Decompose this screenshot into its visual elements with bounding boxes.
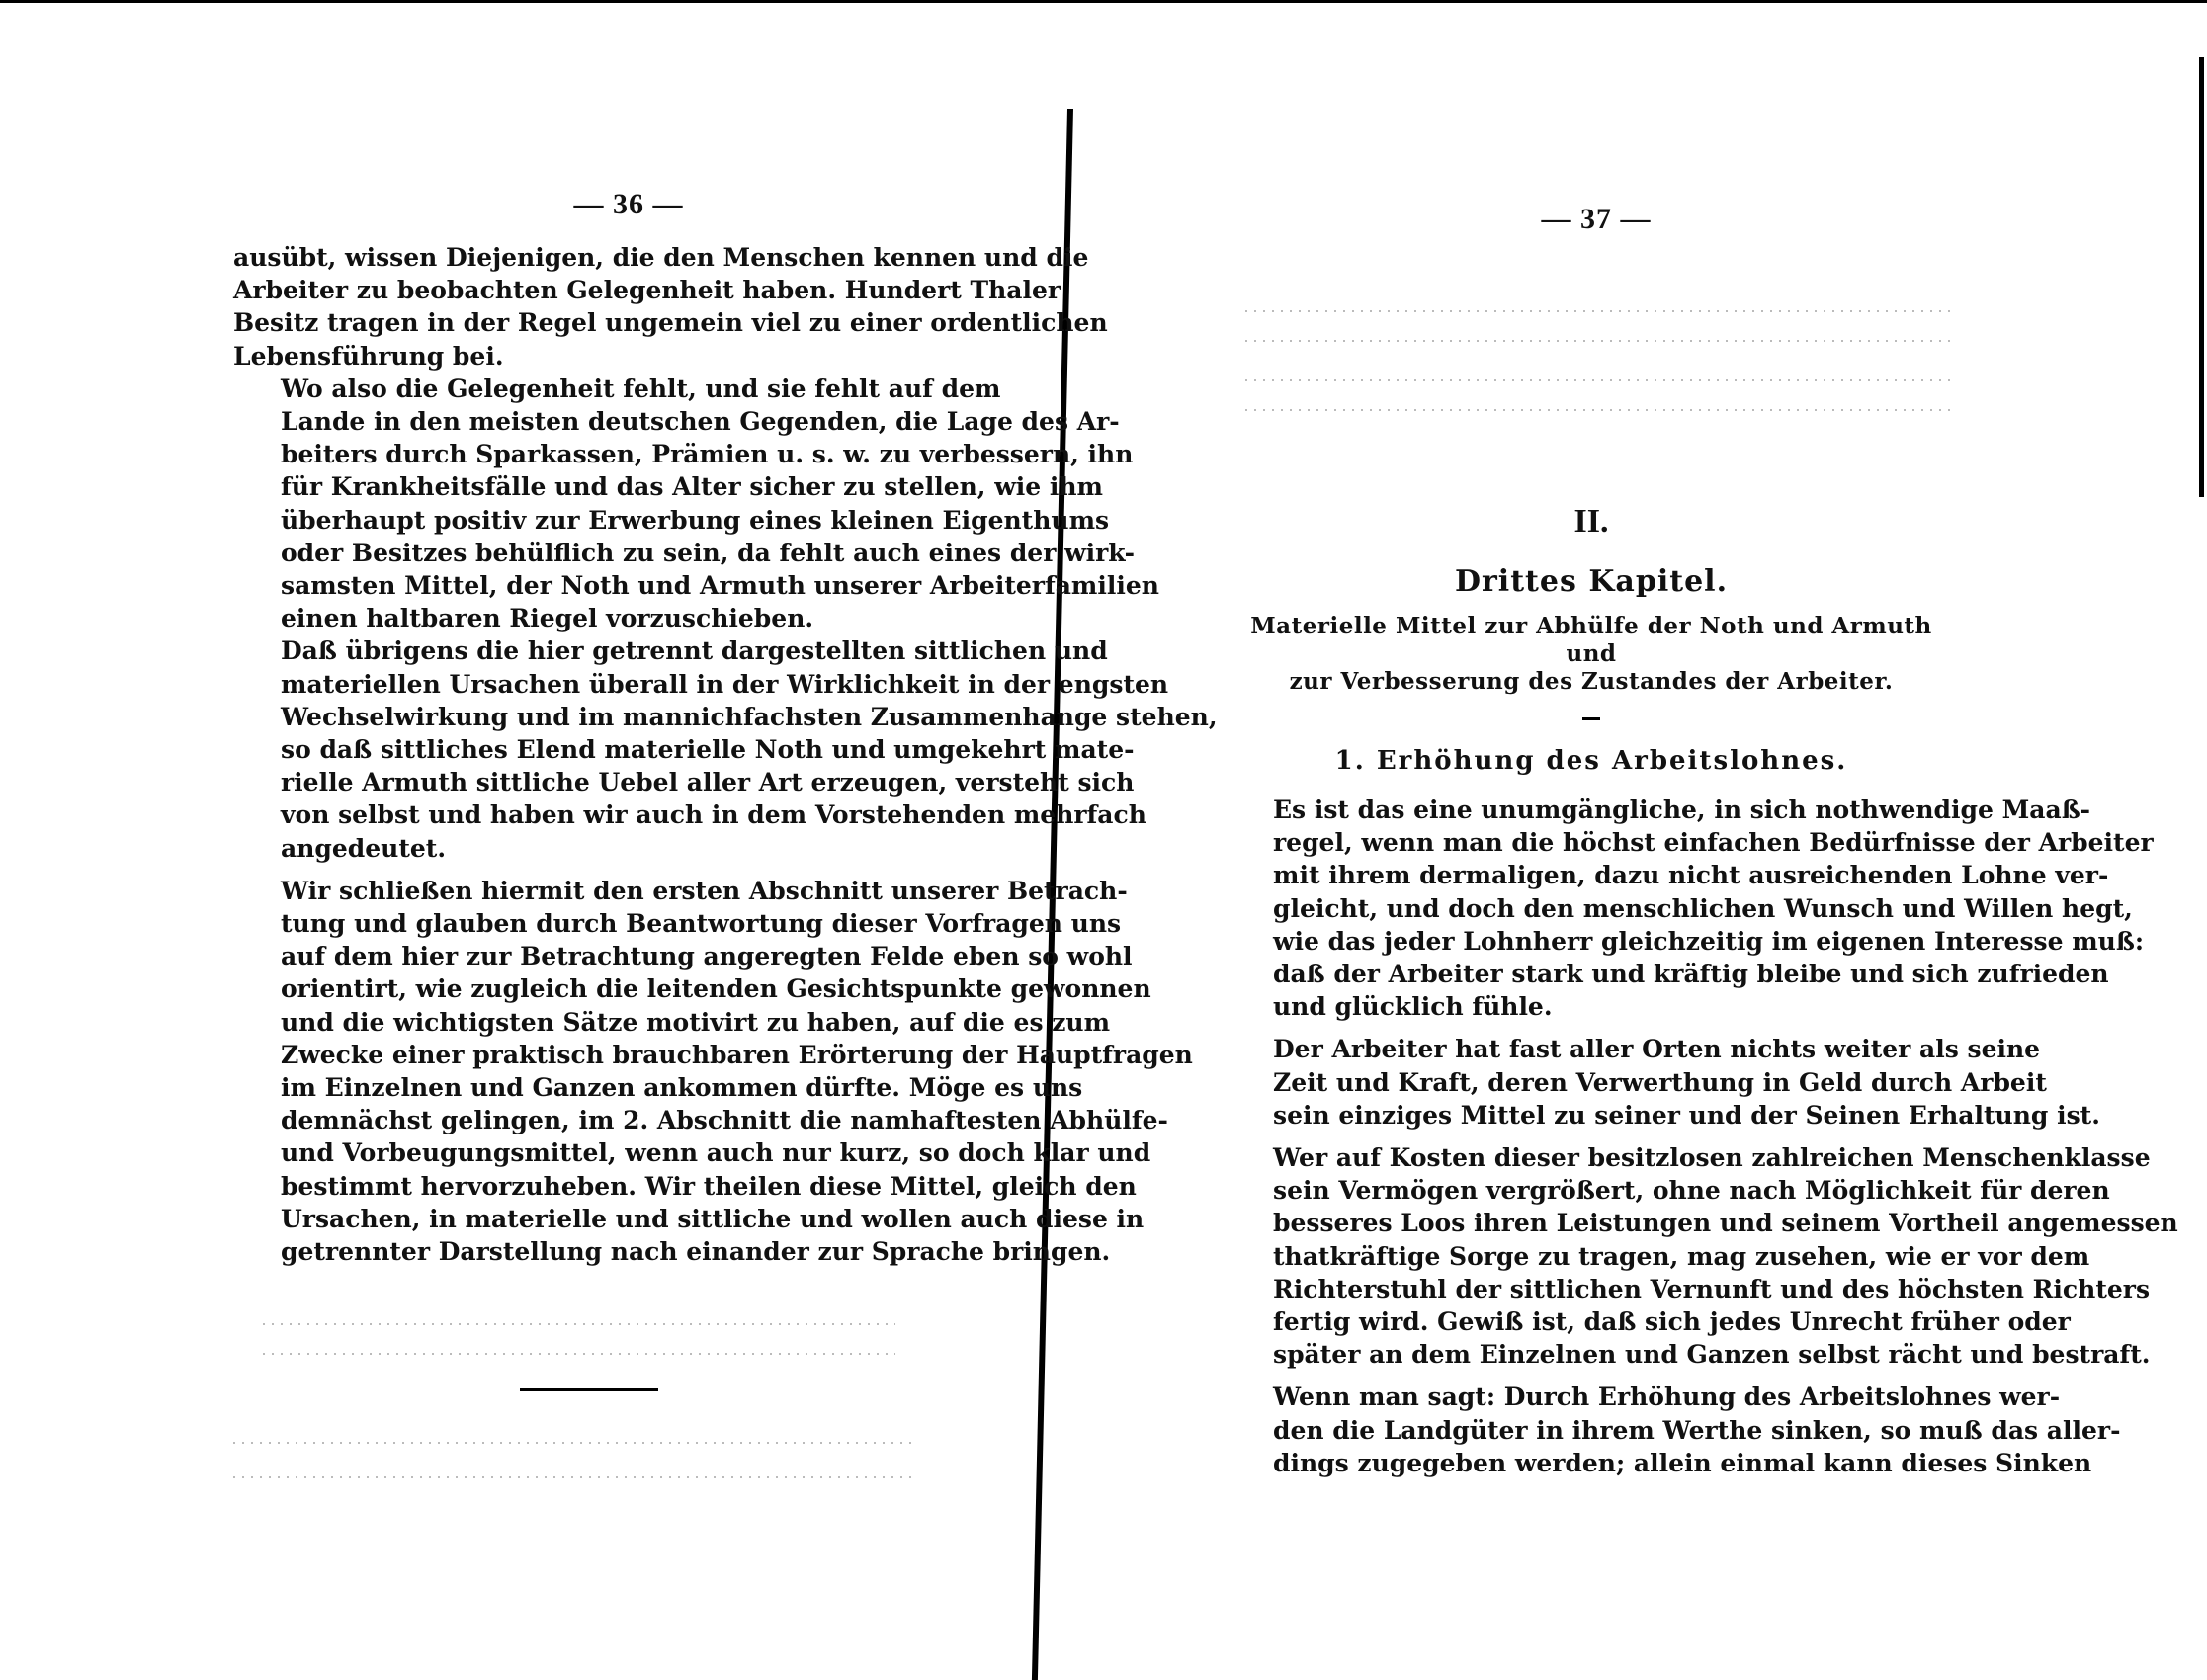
text-line: thatkräftige Sorge zu tragen, mag zusehe… <box>1226 1240 1957 1273</box>
text-line: Wechselwirkung und im mannichfachsten Zu… <box>233 701 970 733</box>
text-line: Wo also die Gelegenheit fehlt, und sie f… <box>233 373 970 405</box>
text-line: Zeit und Kraft, deren Verwerthung in Gel… <box>1226 1066 1957 1099</box>
page-number-left: — 36 — <box>288 188 970 221</box>
chapter-subtitle-line: Materielle Mittel zur Abhülfe der Noth u… <box>1226 613 1957 668</box>
text-line: Zwecke einer praktisch brauchbaren Erört… <box>233 1039 970 1071</box>
paragraph: Wo also die Gelegenheit fehlt, und sie f… <box>233 373 970 635</box>
text-line: und Vorbeugungsmittel, wenn auch nur kur… <box>233 1136 970 1169</box>
text-line: mit ihrem dermaligen, dazu nicht ausreic… <box>1226 859 1957 891</box>
text-line: beiters durch Sparkassen, Prämien u. s. … <box>233 438 970 470</box>
text-line: wie das jeder Lohnherr gleichzeitig im e… <box>1226 925 1957 958</box>
text-line: sein Vermögen vergrößert, ohne nach Mögl… <box>1226 1174 1957 1207</box>
text-line: so daß sittliches Elend materielle Noth … <box>233 733 970 766</box>
text-line: tung und glauben durch Beantwortung dies… <box>233 907 970 940</box>
paragraph: Wer auf Kosten dieser besitzlosen zahlre… <box>1226 1141 1957 1371</box>
left-page-body: ausübt, wissen Diejenigen, die den Mensc… <box>233 241 970 1268</box>
text-line: ausübt, wissen Diejenigen, die den Mensc… <box>233 241 970 274</box>
text-line: im Einzelnen und Ganzen ankommen dürfte.… <box>233 1071 970 1104</box>
text-line: besseres Loos ihren Leistungen und seine… <box>1226 1207 1957 1239</box>
text-line: Es ist das eine unumgängliche, in sich n… <box>1226 794 1957 826</box>
text-line: Lande in den meisten deutschen Gegenden,… <box>233 405 970 438</box>
text-line: oder Besitzes behülflich zu sein, da feh… <box>233 537 970 569</box>
section-end-rule <box>520 1388 658 1391</box>
text-line: und glücklich fühle. <box>1226 990 1957 1023</box>
paragraph: Daß übrigens die hier getrennt dargestel… <box>233 634 970 864</box>
text-line: orientirt, wie zugleich die leitenden Ge… <box>233 972 970 1005</box>
text-line: den die Landgüter in ihrem Werthe sinken… <box>1226 1414 1957 1447</box>
right-page-bleedthrough <box>1226 256 1957 503</box>
text-line: regel, wenn man die höchst einfachen Bed… <box>1226 826 1957 859</box>
text-line: Richterstuhl der sittlichen Vernunft und… <box>1226 1273 1957 1305</box>
text-line: einen haltbaren Riegel vorzuschieben. <box>233 602 970 634</box>
text-line: materiellen Ursachen überall in der Wirk… <box>233 668 970 701</box>
text-line: von selbst und haben wir auch in dem Vor… <box>233 798 970 831</box>
text-line: Wer auf Kosten dieser besitzlosen zahlre… <box>1226 1141 1957 1174</box>
text-line: gleicht, und doch den menschlichen Wunsc… <box>1226 892 1957 925</box>
part-numeral: II. <box>1226 503 1957 541</box>
text-line: überhaupt positiv zur Erwerbung eines kl… <box>233 504 970 537</box>
paragraph: Wenn man sagt: Durch Erhöhung des Arbeit… <box>1226 1381 1957 1479</box>
heading-divider <box>1582 717 1600 720</box>
page-number-right: — 37 — <box>1235 203 1957 236</box>
text-line: Wenn man sagt: Durch Erhöhung des Arbeit… <box>1226 1381 1957 1413</box>
scan-right-edge <box>2199 57 2204 497</box>
left-page-bleedthrough <box>233 1303 970 1521</box>
text-line: Daß übrigens die hier getrennt dargestel… <box>233 634 970 667</box>
text-line: getrennter Darstellung nach einander zur… <box>233 1235 970 1268</box>
scan-top-edge <box>0 0 2207 3</box>
text-line: und die wichtigsten Sätze motivirt zu ha… <box>233 1006 970 1039</box>
text-line: rielle Armuth sittliche Uebel aller Art … <box>233 766 970 798</box>
text-line: Arbeiter zu beobachten Gelegenheit haben… <box>233 274 970 306</box>
right-page: — 37 — II. Drittes Kapitel. Materielle M… <box>1226 203 1957 1479</box>
text-line: Der Arbeiter hat fast aller Orten nichts… <box>1226 1033 1957 1065</box>
text-line: angedeutet. <box>233 832 970 865</box>
text-line: später an dem Einzelnen und Ganzen selbs… <box>1226 1338 1957 1371</box>
text-line: Besitz tragen in der Regel ungemein viel… <box>233 306 970 339</box>
text-line: bestimmt hervorzuheben. Wir theilen dies… <box>233 1170 970 1203</box>
paragraph: Der Arbeiter hat fast aller Orten nichts… <box>1226 1033 1957 1132</box>
text-line: daß der Arbeiter stark und kräftig bleib… <box>1226 958 1957 990</box>
text-line: Ursachen, in materielle und sittliche un… <box>233 1203 970 1235</box>
paragraph: ausübt, wissen Diejenigen, die den Mensc… <box>233 241 970 373</box>
text-line: fertig wird. Gewiß ist, daß sich jedes U… <box>1226 1305 1957 1338</box>
right-page-body: Es ist das eine unumgängliche, in sich n… <box>1226 794 1957 1479</box>
section-heading: 1. Erhöhung des Arbeitslohnes. <box>1226 746 1957 776</box>
text-line: samsten Mittel, der Noth und Armuth unse… <box>233 569 970 602</box>
paragraph: Wir schließen hiermit den ersten Abschni… <box>233 875 970 1268</box>
chapter-subtitle: Materielle Mittel zur Abhülfe der Noth u… <box>1226 613 1957 696</box>
text-line: Lebensführung bei. <box>233 340 970 373</box>
text-line: für Krankheitsfälle und das Alter sicher… <box>233 470 970 503</box>
text-line: auf dem hier zur Betrachtung angeregten … <box>233 940 970 972</box>
text-line: sein einziges Mittel zu seiner und der S… <box>1226 1099 1957 1132</box>
chapter-title: Drittes Kapitel. <box>1226 564 1957 599</box>
chapter-subtitle-line: zur Verbesserung des Zustandes der Arbei… <box>1226 668 1957 696</box>
text-line: Wir schließen hiermit den ersten Abschni… <box>233 875 970 907</box>
text-line: demnächst gelingen, im 2. Abschnitt die … <box>233 1104 970 1136</box>
left-page: — 36 — ausübt, wissen Diejenigen, die de… <box>233 188 970 1521</box>
paragraph: Es ist das eine unumgängliche, in sich n… <box>1226 794 1957 1023</box>
text-line: dings zugegeben werden; allein einmal ka… <box>1226 1447 1957 1479</box>
